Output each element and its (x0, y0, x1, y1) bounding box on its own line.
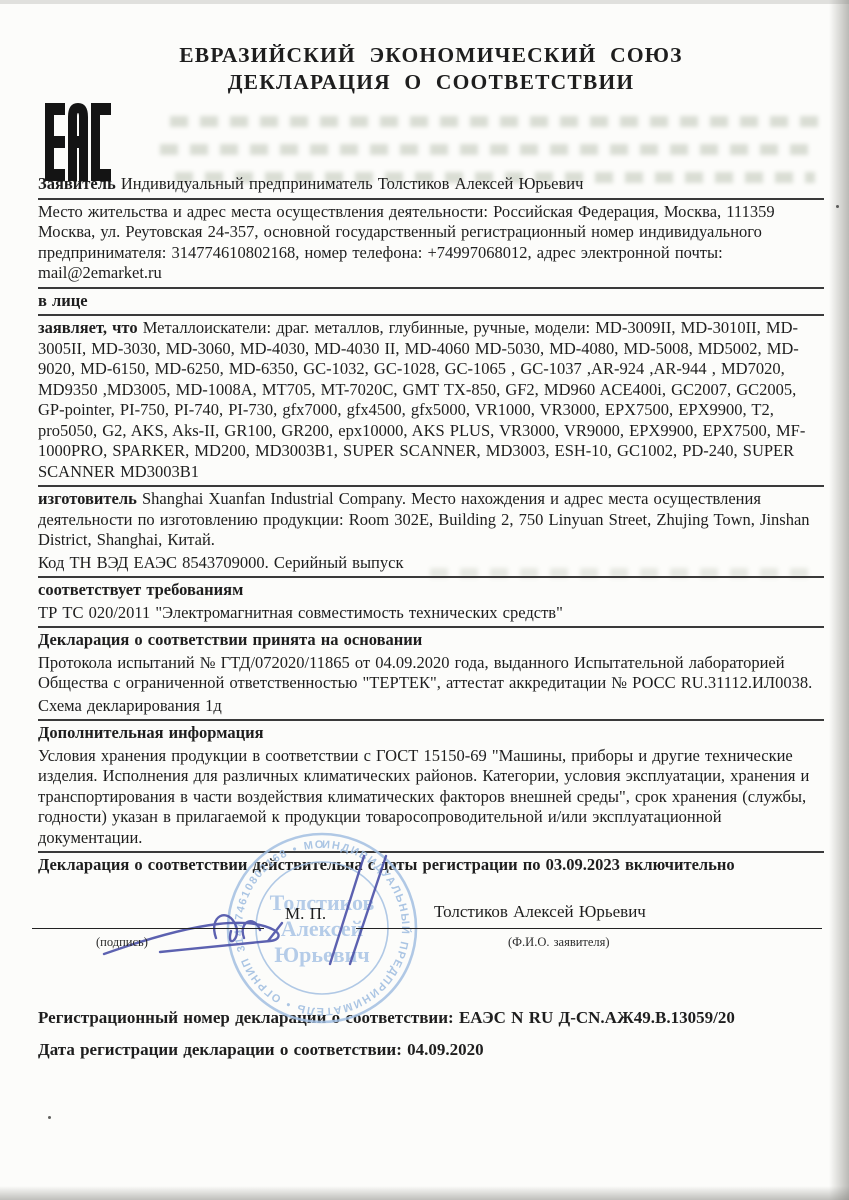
applicant-fio: Толстиков Алексей Юрьевич (434, 902, 646, 923)
technical-regulation-line: ТР ТС 020/2011 "Электромагнитная совмест… (38, 603, 824, 624)
scan-edge-bottom (0, 1186, 849, 1200)
scan-edge-right (829, 0, 849, 1200)
stamp-center-line: Юрьевич (274, 942, 369, 967)
declares-paragraph: заявляет, что Металлоискатели: драг. мет… (38, 318, 824, 482)
registration-date-value: 04.09.2020 (407, 1040, 484, 1059)
signature-caption: (подпись) (96, 932, 148, 953)
section-divider (38, 851, 824, 853)
scan-edge-top (0, 0, 849, 4)
applicant-line: Заявитель Индивидуальный предприниматель… (38, 174, 824, 195)
validity-line: Декларация о соответствии действительна … (38, 855, 824, 876)
manufacturer-paragraph: изготовитель Shanghai Xuanfan Industrial… (38, 489, 824, 551)
union-title: ЕВРАЗИЙСКИЙ ЭКОНОМИЧЕСКИЙ СОЮЗ (38, 42, 824, 69)
test-protocol-paragraph: Протокола испытаний № ГТД/072020/11865 о… (38, 653, 824, 694)
section-divider (38, 287, 824, 289)
section-divider (38, 485, 824, 487)
document-title: ДЕКЛАРАЦИЯ О СООТВЕТСТВИИ (38, 69, 824, 96)
product-models-list: Металлоискатели: драг. металлов, глубинн… (38, 318, 805, 481)
registration-number-value: ЕАЭС N RU Д-CN.АЖ49.В.13059/20 (459, 1008, 735, 1027)
section-divider (38, 626, 824, 628)
scan-speck (48, 1116, 51, 1119)
manufacturer-label: изготовитель (38, 489, 137, 508)
basis-label: Декларация о соответствии принята на осн… (38, 630, 824, 651)
storage-conditions-paragraph: Условия хранения продукции в соответстви… (38, 746, 824, 849)
section-divider (38, 719, 824, 721)
registration-date-line: Дата регистрации декларации о соответств… (38, 1040, 824, 1061)
address-paragraph: Место жительства и адрес места осуществл… (38, 202, 824, 284)
section-divider (38, 314, 824, 316)
registration-number-line: Регистрационный номер декларации о соотв… (38, 1008, 824, 1029)
declaration-scheme-line: Схема декларирования 1д (38, 696, 824, 717)
declares-label: заявляет, что (38, 318, 138, 337)
in-person-label: в лице (38, 291, 824, 312)
scan-speck (836, 205, 839, 208)
section-divider (38, 198, 824, 200)
registration-number-label: Регистрационный номер декларации о соотв… (38, 1008, 454, 1027)
fio-line (356, 928, 822, 929)
declaration-document-page: ЕВРАЗИЙСКИЙ ЭКОНОМИЧЕСКИЙ СОЮЗ ДЕКЛАРАЦИ… (0, 0, 849, 1200)
document-content: ЕВРАЗИЙСКИЙ ЭКОНОМИЧЕСКИЙ СОЮЗ ДЕКЛАРАЦИ… (38, 42, 824, 1063)
tnved-code-line: Код ТН ВЭД ЕАЭС 8543709000. Серийный вып… (38, 553, 824, 574)
manufacturer-details: Shanghai Xuanfan Industrial Company. Мес… (38, 489, 810, 549)
signature-line (32, 928, 264, 929)
applicant-value: Индивидуальный предприниматель Толстиков… (121, 174, 584, 193)
signature-block: ИНДИВИДУАЛЬНЫЙ ПРЕДПРИНИМАТЕЛЬ • ОГРНИП … (38, 878, 824, 1000)
registration-date-label: Дата регистрации декларации о соответств… (38, 1040, 402, 1059)
additional-info-label: Дополнительная информация (38, 723, 824, 744)
compliance-label: соответствует требованиям (38, 580, 824, 601)
applicant-label: Заявитель (38, 174, 116, 193)
section-divider (38, 576, 824, 578)
fio-caption: (Ф.И.О. заявителя) (508, 932, 610, 953)
stamp-place-label: М. П. (285, 904, 326, 925)
